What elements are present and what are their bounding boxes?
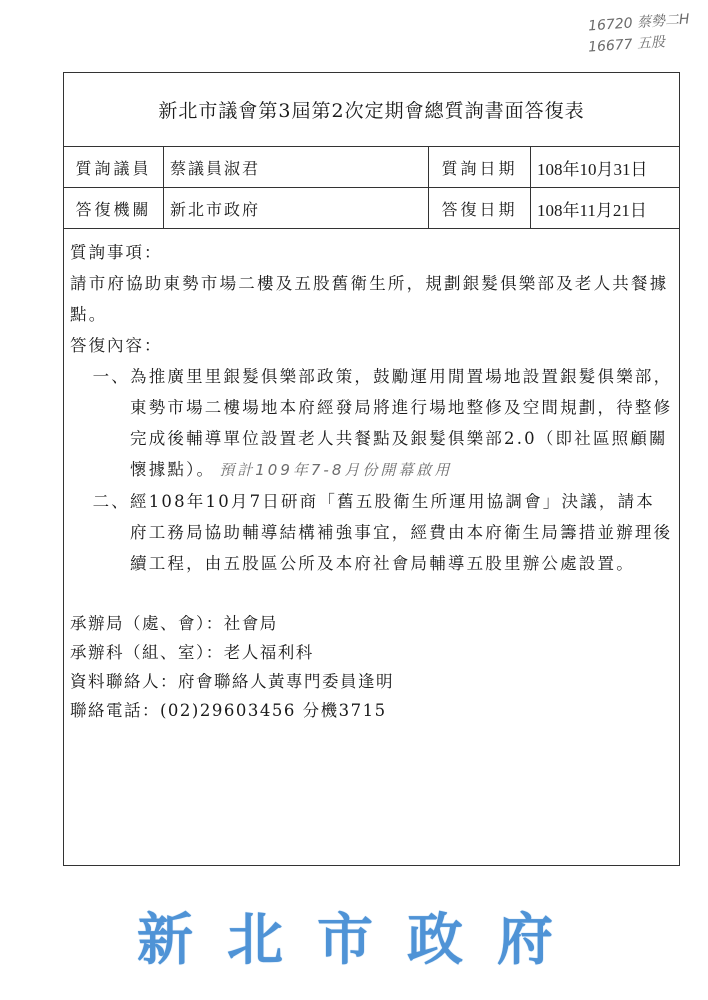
government-seal-stamp: 新 北 市 政 府	[137, 896, 557, 976]
info-row-inquiry: 質詢議員 蔡議員淑君 質詢日期 108年10月31日	[64, 147, 679, 188]
label-reply-agency: 答復機關	[64, 188, 164, 228]
reply-item-number: 一、	[70, 361, 130, 486]
inquiry-text: 請市府協助東勢市場二樓及五股舊衛生所，規劃銀髮俱樂部及老人共餐據點。	[70, 268, 673, 330]
contact-bureau: 承辦局（處、會）：社會局	[70, 609, 673, 638]
info-row-reply: 答復機關 新北市政府 答復日期 108年11月21日	[64, 188, 679, 229]
reply-item-1: 一、 為推廣里里銀髮俱樂部政策，鼓勵運用閒置場地設置銀髮俱樂部，東勢市場二樓場地…	[70, 361, 673, 486]
label-inquiry-date: 質詢日期	[429, 147, 531, 187]
handwritten-note-line1: 16720 蔡勢二H	[587, 8, 690, 35]
label-councilor: 質詢議員	[64, 147, 164, 187]
stamp-char: 政	[407, 896, 467, 976]
form-title: 新北市議會第3屆第2次定期會總質詢書面答復表	[64, 73, 679, 147]
stamp-char: 北	[227, 896, 287, 976]
handwritten-note-line2: 16677 五股	[587, 31, 665, 56]
reply-item-2: 二、 經108年10月7日研商「舊五股衛生所運用協調會」決議，請本府工務局協助輔…	[70, 486, 673, 579]
reply-heading: 答復內容：	[70, 330, 673, 361]
stamp-char: 府	[497, 896, 557, 976]
value-inquiry-date: 108年10月31日	[531, 147, 679, 187]
contact-phone: 聯絡電話：(02)29603456 分機3715	[70, 696, 673, 725]
stamp-char: 市	[317, 896, 377, 976]
stamp-char: 新	[137, 896, 197, 976]
value-reply-date: 108年11月21日	[531, 188, 679, 228]
value-reply-agency: 新北市政府	[164, 188, 429, 228]
reply-item-number: 二、	[70, 486, 130, 579]
contact-block: 承辦局（處、會）：社會局 承辦科（組、室）：老人福利科 資料聯絡人：府會聯絡人黃…	[70, 609, 673, 725]
handwritten-annotation: 預計109年7-8月份開幕啟用	[219, 461, 452, 479]
label-reply-date: 答復日期	[429, 188, 531, 228]
reply-item-text: 經108年10月7日研商「舊五股衛生所運用協調會」決議，請本府工務局協助輔導結構…	[130, 486, 673, 579]
contact-section: 承辦科（組、室）：老人福利科	[70, 638, 673, 667]
value-councilor: 蔡議員淑君	[164, 147, 429, 187]
inquiry-heading: 質詢事項：	[70, 237, 673, 268]
reply-form: 新北市議會第3屆第2次定期會總質詢書面答復表 質詢議員 蔡議員淑君 質詢日期 1…	[63, 72, 680, 866]
contact-liaison: 資料聯絡人：府會聯絡人黃專門委員逢明	[70, 667, 673, 696]
form-body: 質詢事項： 請市府協助東勢市場二樓及五股舊衛生所，規劃銀髮俱樂部及老人共餐據點。…	[64, 229, 679, 725]
